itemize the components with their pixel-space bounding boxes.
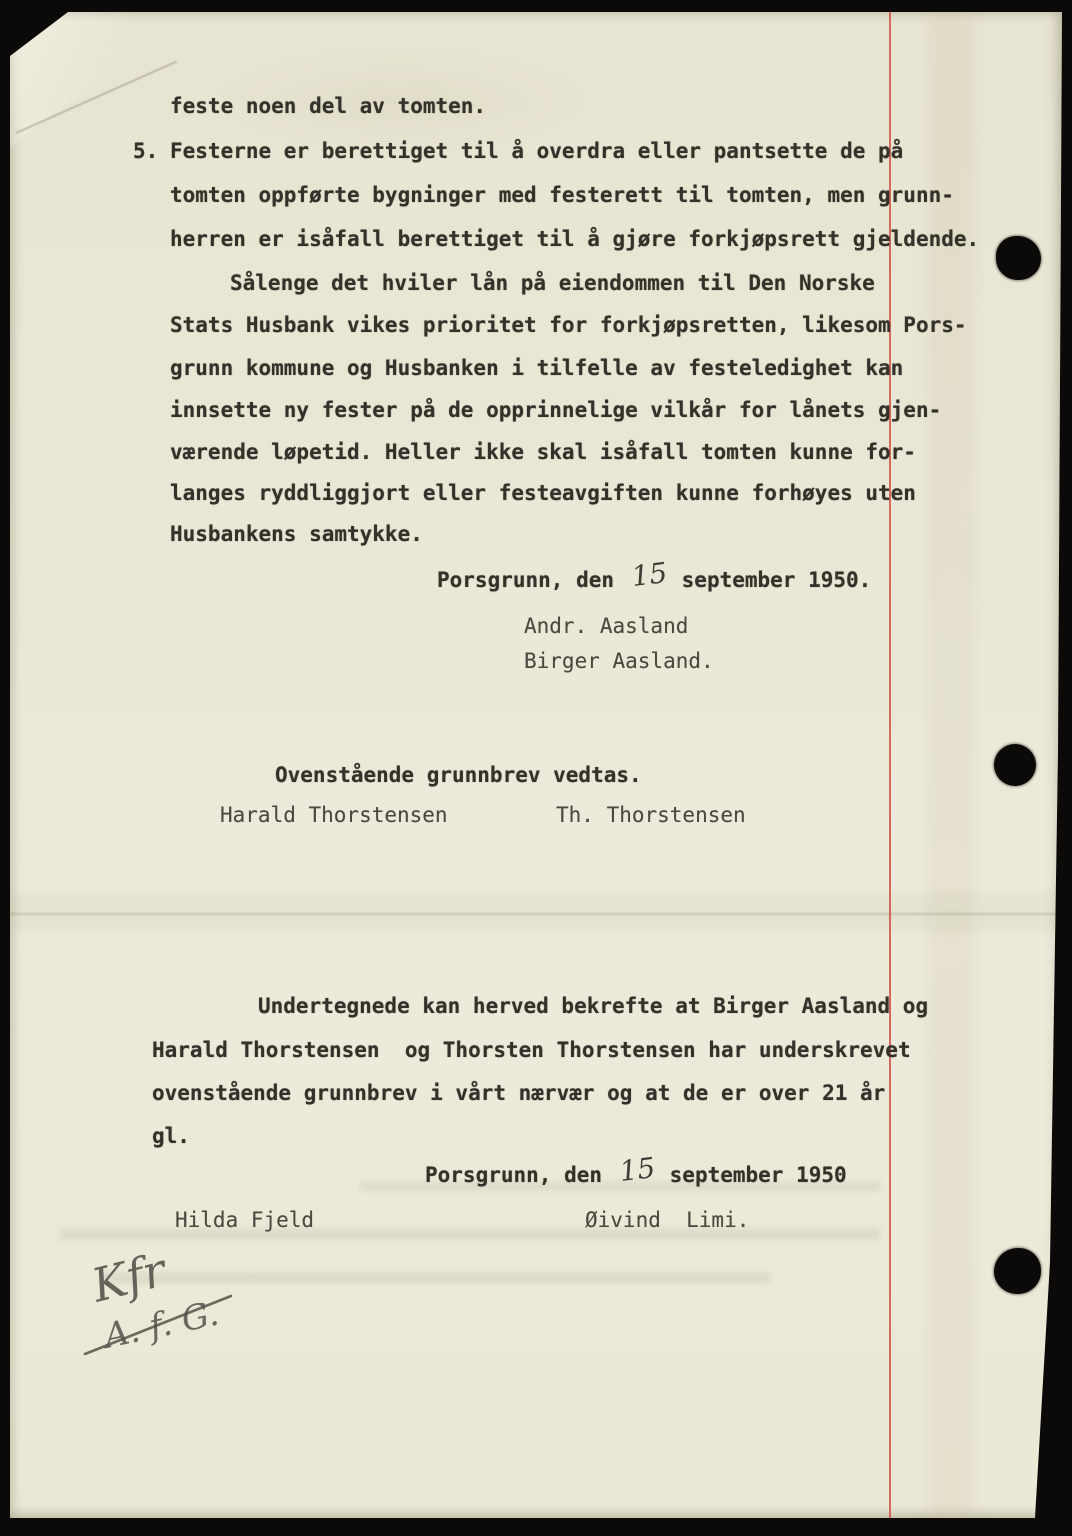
- scanned-page-background: feste noen del av tomten. 5. Festerne er…: [0, 0, 1072, 1536]
- corner-fold: [10, 12, 185, 147]
- fold-crease: [10, 913, 1062, 915]
- grantor-signature: Andr. Aasland: [524, 613, 688, 639]
- clause-5-line: tomten oppførte bygninger med festerett …: [170, 182, 954, 208]
- pencil-initials: Kfr A. f. G.: [55, 1244, 305, 1379]
- grantor-signature: Birger Aasland.: [524, 648, 714, 674]
- dateline-suffix: september 1950: [670, 1163, 847, 1187]
- document-paper: feste noen del av tomten. 5. Festerne er…: [10, 12, 1062, 1518]
- acceptance-signature-left: Harald Thorstensen: [220, 802, 448, 828]
- husbank-paragraph-line: innsette ny fester på de opprinnelige vi…: [170, 397, 941, 423]
- husbank-paragraph-line: Husbankens samtykke.: [170, 521, 423, 547]
- clause-5-number: 5.: [133, 138, 158, 164]
- intro-line: feste noen del av tomten.: [170, 93, 486, 119]
- husbank-paragraph-line: værende løpetid. Heller ikke skal isåfal…: [170, 439, 916, 465]
- dateline-first: Porsgrunn, den15september 1950.: [437, 565, 871, 593]
- handwritten-day: 15: [618, 1155, 657, 1185]
- dateline-suffix: september 1950.: [682, 568, 872, 592]
- handwritten-day: 15: [630, 560, 669, 590]
- husbank-paragraph-line: Sålenge det hviler lån på eiendommen til…: [230, 270, 875, 296]
- husbank-paragraph-line: langes ryddliggjort eller festeavgiften …: [170, 480, 916, 506]
- husbank-paragraph-line: Stats Husbank vikes prioritet for forkjø…: [170, 312, 967, 338]
- witness-signature-left: Hilda Fjeld: [175, 1207, 314, 1233]
- pencil-note-line1: Kfr: [86, 1244, 174, 1313]
- punch-hole: [994, 1248, 1041, 1294]
- acceptance-statement: Ovenstående grunnbrev vedtas.: [275, 762, 642, 788]
- fold-band: [10, 892, 1062, 932]
- dateline-prefix: Porsgrunn, den: [425, 1163, 602, 1187]
- clause-5-line: herren er isåfall berettiget til å gjøre…: [170, 226, 979, 252]
- acceptance-signature-right: Th. Thorstensen: [556, 802, 746, 828]
- witness-paragraph-line: gl.: [152, 1123, 190, 1149]
- witness-paragraph-line: Harald Thorstensen og Thorsten Thorstens…: [152, 1037, 911, 1063]
- witness-signature-right: Øivind Limi.: [585, 1207, 749, 1233]
- dateline-prefix: Porsgrunn, den: [437, 568, 614, 592]
- witness-paragraph-line: ovenstående grunnbrev i vårt nærvær og a…: [152, 1080, 885, 1106]
- punch-hole: [996, 236, 1041, 280]
- husbank-paragraph-line: grunn kommune og Husbanken i tilfelle av…: [170, 355, 903, 381]
- punch-hole: [994, 744, 1036, 786]
- witness-paragraph-line: Undertegnede kan herved bekrefte at Birg…: [258, 993, 928, 1019]
- clause-5-line: Festerne er berettiget til å overdra ell…: [170, 138, 903, 164]
- dateline-second: Porsgrunn, den15september 1950: [425, 1160, 847, 1188]
